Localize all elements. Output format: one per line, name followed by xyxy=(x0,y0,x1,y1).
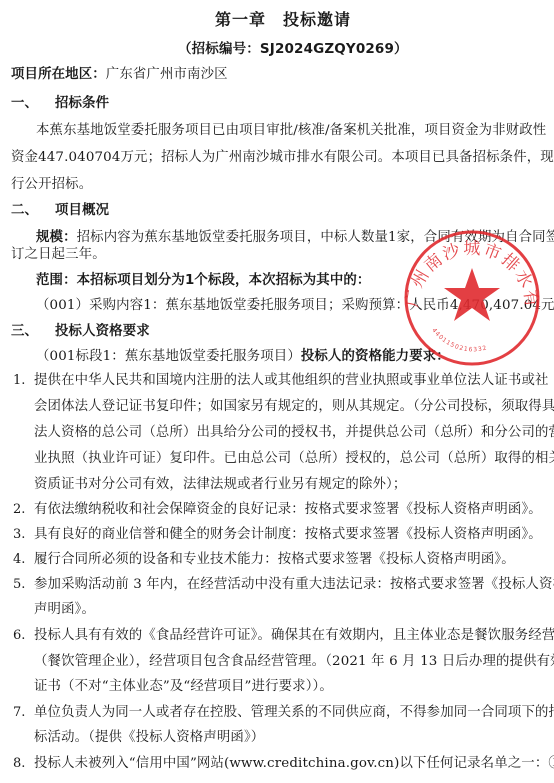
item-line: 提供在中华人民共和国境内注册的法人或其他组织的营业执照或事业单位法人证书或社 xyxy=(34,372,549,390)
item-line: 会团体法人登记证书复印件；如国家另有规定的，则从其规定。（分公司投标，须取得具有 xyxy=(34,398,554,416)
item-line: 有依法缴纳税收和社会保障资金的良好记录：按格式要求签署《投标人资格声明函》。 xyxy=(34,501,542,519)
item-line: 标活动。（提供《投标人资格声明函》） xyxy=(34,729,264,747)
qualification-intro: （001标段1：蕉东基地饭堂委托服务项目）投标人的资格能力要求： xyxy=(36,348,450,366)
item-line: 具有良好的商业信誉和健全的财务会计制度：按格式要求签署《投标人资格声明函》。 xyxy=(34,526,542,544)
scale-label: 规模： xyxy=(36,230,77,245)
tender-number: （招标编号：SJ2024GZQY0269） xyxy=(178,40,408,58)
region-value: 广东省广州市南沙区 xyxy=(106,67,228,82)
item-line: （餐饮管理企业），经营项目包含食品经营管理。（2021 年 6 月 13 日后办… xyxy=(34,653,554,671)
scale-paragraph: 规模：招标内容为蕉东基地饭堂委托服务项目，中标人数量1家，合同有效期为自合同签 xyxy=(36,229,554,247)
item-number: 1. xyxy=(13,372,25,390)
section-2-heading: 项目概况 xyxy=(55,202,109,220)
company-seal-stamp: 广州南沙城市排水有限公司 4401150216332 xyxy=(398,226,546,366)
section-1-text-line: 资金447.040704万元；招标人为广州南沙城市排水有限公司。本项目已具备招标… xyxy=(11,149,554,167)
item-number: 4. xyxy=(13,551,25,569)
section-1-heading: 招标条件 xyxy=(55,95,109,113)
chapter-title: 第一章 投标邀请 xyxy=(215,11,351,29)
item-number: 6. xyxy=(13,627,25,645)
item-line: 资质证书对分公司有效，法律法规或者行业另有规定的除外）； xyxy=(34,476,406,494)
section-1-text-line: 行公开招标。 xyxy=(11,176,92,194)
item-line: 证书（不对“主体业态”及“经营项目”进行要求））。 xyxy=(34,678,333,696)
section-1-text-line: 本蕉东基地饭堂委托服务项目已由项目审批/核准/备案机关批准，项目资金为非财政性 xyxy=(36,122,546,140)
scale-text-line: 订之日起三年。 xyxy=(11,246,106,264)
document-page: 第一章 投标邀请 （招标编号：SJ2024GZQY0269） 项目所在地区：广东… xyxy=(0,0,554,783)
item-line: 参加采购活动前 3 年内，在经营活动中没有重大违法记录：按格式要求签署《投标人资… xyxy=(34,576,554,594)
item-line: 投标人具有有效的《食品经营许可证》。确保其在有效期内，且主体业态是餐饮服务经营者 xyxy=(34,627,554,645)
scope-line: 范围：本招标项目划分为1个标段，本次招标为其中的： xyxy=(36,272,370,290)
lot-line: （001）采购内容1：蕉东基地饭堂委托服务项目；采购预算：人民币4,470,40… xyxy=(36,297,554,315)
section-2-number: 二、 xyxy=(11,202,38,220)
item-line: 业执照（执业许可证）复印件。已由总公司（总所）授权的，总公司（总所）取得的相关 xyxy=(34,450,554,468)
section-1-number: 一、 xyxy=(11,95,38,113)
scale-text: 招标内容为蕉东基地饭堂委托服务项目，中标人数量1家，合同有效期为自合同签 xyxy=(77,230,554,245)
section-3-heading: 投标人资格要求 xyxy=(55,323,150,341)
item-line: 法人资格的总公司（总所）出具给分公司的授权书，并提供总公司（总所）和分公司的营 xyxy=(34,424,554,442)
intro-plain: （001标段1：蕉东基地饭堂委托服务项目） xyxy=(36,349,301,364)
intro-bold: 投标人的资格能力要求： xyxy=(301,349,450,364)
item-line: 声明函》。 xyxy=(34,601,95,619)
region-label: 项目所在地区： xyxy=(11,67,106,82)
item-number: 3. xyxy=(13,526,25,544)
item-line: 投标人未被列入“信用中国”网站(www.creditchina.gov.cn)以… xyxy=(34,755,554,773)
section-3-number: 三、 xyxy=(11,323,38,341)
item-number: 8. xyxy=(13,755,25,773)
project-region: 项目所在地区：广东省广州市南沙区 xyxy=(11,66,228,84)
item-number: 5. xyxy=(13,576,25,594)
item-number: 7. xyxy=(13,704,25,722)
item-line: 单位负责人为同一人或者存在控股、管理关系的不同供应商，不得参加同一合同项下的招 xyxy=(34,704,554,722)
item-number: 2. xyxy=(13,501,25,519)
item-line: 履行合同所必须的设备和专业技术能力：按格式要求签署《投标人资格声明函》。 xyxy=(34,551,515,569)
